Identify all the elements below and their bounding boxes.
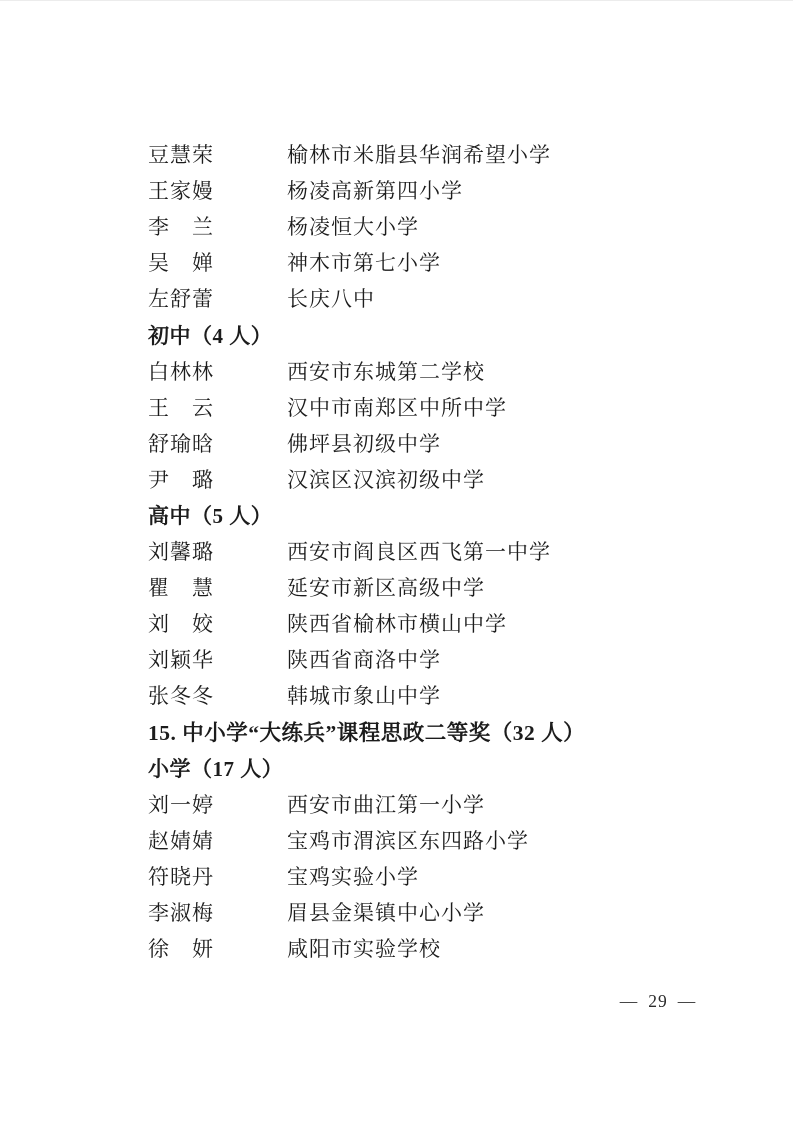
person-name: 王家嫚	[148, 175, 287, 205]
school-name: 杨凌高新第四小学	[287, 175, 733, 205]
person-name: 张冬冬	[148, 680, 287, 710]
person-name: 刘 姣	[148, 608, 287, 638]
person-name: 李淑梅	[148, 897, 287, 927]
section-heading-senior-high: 高中（5 人）	[148, 497, 733, 533]
person-name: 左舒蕾	[148, 283, 287, 313]
list-item: 刘一婷 西安市曲江第一小学	[148, 786, 733, 822]
section-heading-primary: 小学（17 人）	[148, 750, 733, 786]
person-name: 刘一婷	[148, 789, 287, 819]
page-number: 29	[648, 991, 668, 1011]
list-item: 李淑梅 眉县金渠镇中心小学	[148, 894, 733, 930]
school-name: 西安市曲江第一小学	[287, 789, 733, 819]
person-name: 白林林	[148, 356, 287, 386]
section-heading-junior-high: 初中（4 人）	[148, 316, 733, 352]
school-name: 宝鸡实验小学	[287, 861, 733, 891]
list-item: 刘馨璐 西安市阎良区西飞第一中学	[148, 533, 733, 569]
person-name: 王 云	[148, 392, 287, 422]
school-name: 佛坪县初级中学	[287, 428, 733, 458]
school-name: 陕西省榆林市横山中学	[287, 608, 733, 638]
school-name: 延安市新区高级中学	[287, 572, 733, 602]
page-footer: —29—	[558, 991, 758, 1012]
school-name: 宝鸡市渭滨区东四路小学	[287, 825, 733, 855]
school-name: 咸阳市实验学校	[287, 933, 733, 963]
person-name: 刘颖华	[148, 644, 287, 674]
list-item: 尹 璐 汉滨区汉滨初级中学	[148, 461, 733, 497]
list-item: 王 云 汉中市南郑区中所中学	[148, 389, 733, 425]
school-name: 陕西省商洛中学	[287, 644, 733, 674]
person-name: 豆慧荣	[148, 139, 287, 169]
list-item: 舒瑜晗 佛坪县初级中学	[148, 425, 733, 461]
person-name: 李 兰	[148, 211, 287, 241]
list-item: 豆慧荣 榆林市米脂县华润希望小学	[148, 136, 733, 172]
person-name: 尹 璐	[148, 464, 287, 494]
list-item: 瞿 慧 延安市新区高级中学	[148, 569, 733, 605]
list-item: 符晓丹 宝鸡实验小学	[148, 858, 733, 894]
award-heading-second-prize: 15. 中小学“大练兵”课程思政二等奖（32 人）	[148, 714, 733, 750]
list-item: 张冬冬 韩城市象山中学	[148, 677, 733, 713]
school-name: 杨凌恒大小学	[287, 211, 733, 241]
document-page: 豆慧荣 榆林市米脂县华润希望小学 王家嫚 杨凌高新第四小学 李 兰 杨凌恒大小学…	[0, 0, 793, 1122]
recipient-list: 豆慧荣 榆林市米脂县华润希望小学 王家嫚 杨凌高新第四小学 李 兰 杨凌恒大小学…	[148, 136, 733, 966]
school-name: 长庆八中	[287, 283, 733, 313]
list-item: 刘 姣 陕西省榆林市横山中学	[148, 605, 733, 641]
list-item: 白林林 西安市东城第二学校	[148, 353, 733, 389]
footer-dash-right: —	[678, 991, 697, 1011]
school-name: 西安市东城第二学校	[287, 356, 733, 386]
person-name: 吴 婵	[148, 247, 287, 277]
person-name: 徐 妍	[148, 933, 287, 963]
person-name: 符晓丹	[148, 861, 287, 891]
person-name: 舒瑜晗	[148, 428, 287, 458]
school-name: 韩城市象山中学	[287, 680, 733, 710]
list-item: 徐 妍 咸阳市实验学校	[148, 930, 733, 966]
person-name: 刘馨璐	[148, 536, 287, 566]
list-item: 左舒蕾 长庆八中	[148, 280, 733, 316]
list-item: 吴 婵 神木市第七小学	[148, 244, 733, 280]
school-name: 汉滨区汉滨初级中学	[287, 464, 733, 494]
footer-dash-left: —	[620, 991, 639, 1011]
school-name: 汉中市南郑区中所中学	[287, 392, 733, 422]
school-name: 神木市第七小学	[287, 247, 733, 277]
list-item: 李 兰 杨凌恒大小学	[148, 208, 733, 244]
school-name: 榆林市米脂县华润希望小学	[287, 139, 733, 169]
list-item: 赵婧婧 宝鸡市渭滨区东四路小学	[148, 822, 733, 858]
person-name: 赵婧婧	[148, 825, 287, 855]
school-name: 西安市阎良区西飞第一中学	[287, 536, 733, 566]
person-name: 瞿 慧	[148, 572, 287, 602]
list-item: 刘颖华 陕西省商洛中学	[148, 641, 733, 677]
list-item: 王家嫚 杨凌高新第四小学	[148, 172, 733, 208]
page-edge-artifact	[0, 0, 793, 1]
school-name: 眉县金渠镇中心小学	[287, 897, 733, 927]
